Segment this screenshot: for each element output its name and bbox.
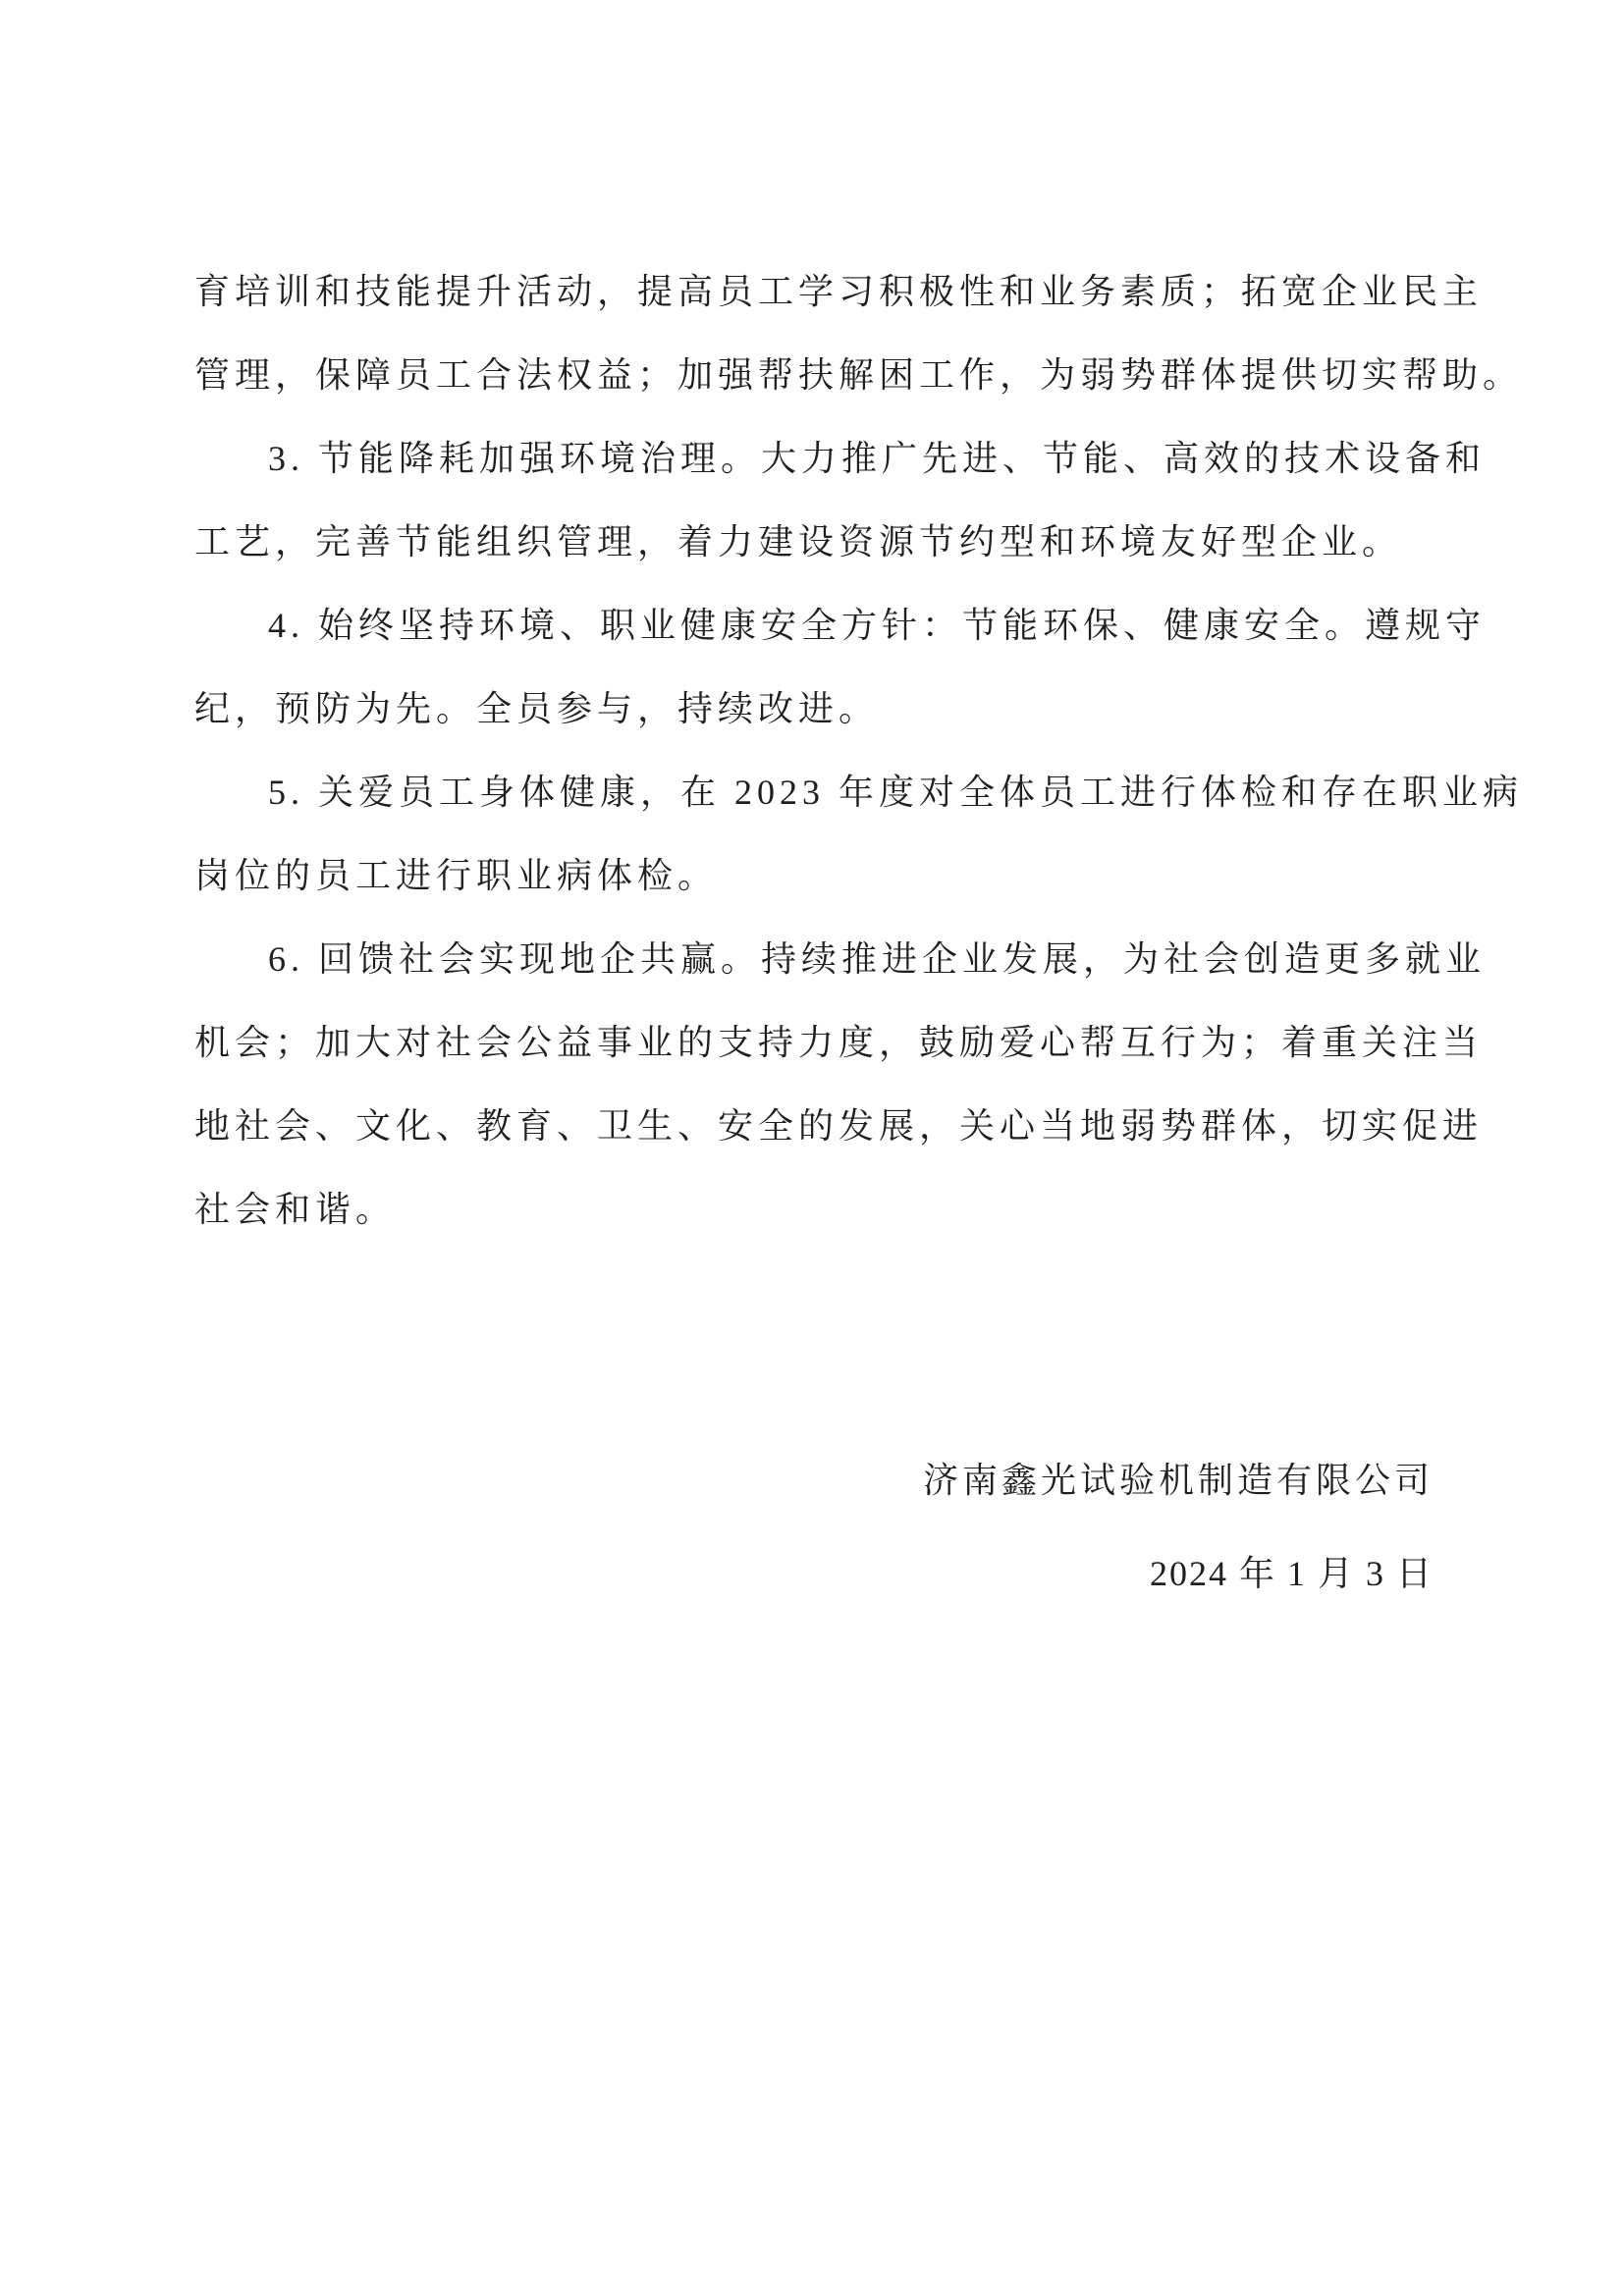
body-line: 机会；加大对社会公益事业的支持力度，鼓励爱心帮互行为；着重关注当	[194, 1001, 1439, 1085]
document-page: 育培训和技能提升活动，提高员工学习积极性和业务素质；拓宽企业民主 管理，保障员工…	[0, 0, 1624, 2296]
body-line-item-5-start: 5. 关爱员工身体健康，在 2023 年度对全体员工进行体检和存在职业病	[194, 751, 1439, 834]
body-line: 岗位的员工进行职业病体检。	[194, 834, 1439, 918]
signature-date: 2024 年 1 月 3 日	[194, 1532, 1434, 1616]
body-line: 育培训和技能提升活动，提高员工学习积极性和业务素质；拓宽企业民主	[194, 250, 1439, 334]
body-line-item-6-start: 6. 回馈社会实现地企共赢。持续推进企业发展，为社会创造更多就业	[194, 918, 1439, 1001]
body-line: 社会和谐。	[194, 1168, 1439, 1252]
signature-company-name: 济南鑫光试验机制造有限公司	[194, 1439, 1434, 1522]
body-line-item-4-start: 4. 始终坚持环境、职业健康安全方针：节能环保、健康安全。遵规守	[194, 584, 1439, 667]
body-line: 工艺，完善节能组织管理，着力建设资源节约型和环境友好型企业。	[194, 501, 1439, 584]
body-line: 管理，保障员工合法权益；加强帮扶解困工作，为弱势群体提供切实帮助。	[194, 334, 1439, 417]
body-line: 地社会、文化、教育、卫生、安全的发展，关心当地弱势群体，切实促进	[194, 1085, 1439, 1168]
body-line-item-3-start: 3. 节能降耗加强环境治理。大力推广先进、节能、高效的技术设备和	[194, 417, 1439, 501]
body-line: 纪，预防为先。全员参与，持续改进。	[194, 667, 1439, 751]
document-body: 育培训和技能提升活动，提高员工学习积极性和业务素质；拓宽企业民主 管理，保障员工…	[194, 250, 1439, 1252]
signature-block: 济南鑫光试验机制造有限公司 2024 年 1 月 3 日	[194, 1439, 1434, 1616]
